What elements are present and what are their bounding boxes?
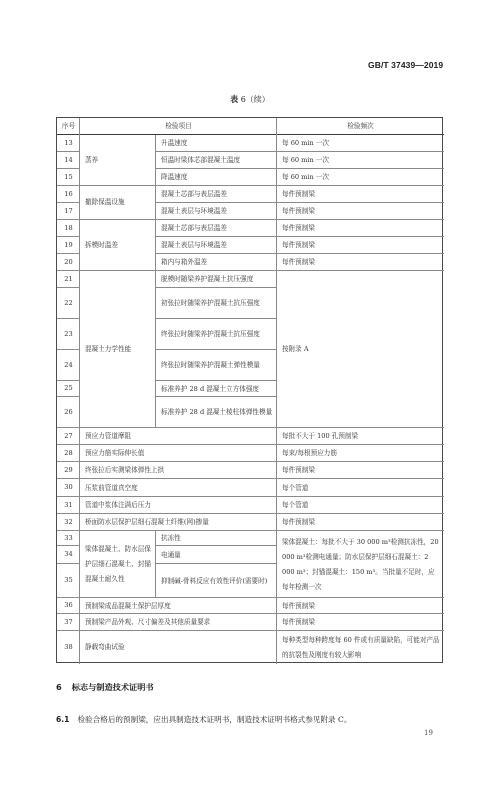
row-number: 32 bbox=[57, 514, 80, 531]
row-item-text: 抑制碱-骨料反应有效性评价(需要时) bbox=[161, 574, 267, 589]
row-item-text: 抗冻性 bbox=[161, 531, 181, 546]
row-divider bbox=[57, 270, 444, 271]
row-number-text: 26 bbox=[64, 405, 72, 421]
row-item: 混凝土表层与环境温差 bbox=[156, 203, 277, 220]
row-number: 13 bbox=[57, 135, 80, 152]
row-item: 管道中浆体注满后压力 bbox=[80, 497, 277, 514]
column-divider bbox=[155, 186, 156, 220]
row-divider bbox=[156, 396, 277, 397]
row-divider bbox=[156, 236, 444, 237]
row-frequency: 每个管道 bbox=[277, 479, 444, 497]
row-item-text: 标准养护 28 d 混凝土棱柱体弹性模量 bbox=[161, 405, 272, 420]
row-number-text: 31 bbox=[64, 498, 72, 514]
row-number-text: 38 bbox=[64, 640, 72, 656]
header-item-text: 检验项目 bbox=[165, 119, 191, 135]
section-number: 6 bbox=[56, 682, 62, 692]
standard-code: GB/T 37439—2019 bbox=[368, 60, 443, 70]
row-frequency-text: 每种类型每种跨度每 60 件或有质量缺陷，可能对产品的抗裂性及刚度有较大影响 bbox=[282, 633, 444, 663]
row-number: 38 bbox=[57, 631, 80, 664]
row-divider bbox=[57, 630, 444, 631]
row-item: 电通量 bbox=[156, 546, 277, 564]
row-frequency: 每 60 min 一次 bbox=[277, 169, 444, 186]
row-divider bbox=[57, 168, 80, 169]
row-item: 混凝土芯部与表层温差 bbox=[156, 220, 277, 237]
row-frequency: 每件预制梁 bbox=[277, 462, 444, 479]
row-number: 26 bbox=[57, 397, 80, 428]
row-item: 降温速度 bbox=[156, 169, 277, 186]
row-frequency-text: 每 60 min 一次 bbox=[282, 136, 329, 151]
row-number-text: 21 bbox=[64, 272, 72, 288]
row-item-text: 箱内与箱外温差 bbox=[161, 255, 207, 270]
row-frequency: 每种类型每种跨度每 60 件或有质量缺陷，可能对产品的抗裂性及刚度有较大影响 bbox=[277, 631, 444, 664]
header-freq: 检验频次 bbox=[277, 118, 444, 135]
row-number-text: 28 bbox=[64, 446, 72, 462]
row-frequency-text: 每 60 min 一次 bbox=[282, 153, 329, 168]
row-number: 37 bbox=[57, 614, 80, 631]
row-number: 22 bbox=[57, 288, 80, 319]
row-item: 标准养护 28 d 混凝土立方体强度 bbox=[156, 381, 277, 397]
row-frequency-text: 每件预制梁 bbox=[282, 515, 315, 530]
row-divider bbox=[57, 530, 444, 531]
row-frequency-text: 每 60 min 一次 bbox=[282, 170, 329, 185]
row-item-text: 终张拉后实测梁体弹性上拱 bbox=[85, 463, 164, 478]
header-no: 序号 bbox=[57, 118, 80, 135]
row-divider bbox=[156, 287, 277, 288]
row-item-text: 预应力筋实际伸长值 bbox=[85, 446, 144, 461]
row-number-text: 20 bbox=[64, 255, 72, 271]
row-divider bbox=[57, 478, 444, 479]
row-divider bbox=[57, 185, 444, 186]
row-number-text: 19 bbox=[64, 238, 72, 254]
row-number: 25 bbox=[57, 381, 80, 397]
row-number: 16 bbox=[57, 186, 80, 203]
row-item-text: 混凝土芯部与表层温差 bbox=[161, 187, 227, 202]
column-divider bbox=[155, 271, 156, 428]
row-frequency: 每件预制梁 bbox=[277, 186, 444, 203]
row-item: 预制梁成品混凝土保护层厚度 bbox=[80, 598, 277, 614]
row-number-text: 22 bbox=[64, 296, 72, 312]
row-frequency-text: 每件预制梁 bbox=[282, 463, 315, 478]
row-frequency-text: 每件预制梁 bbox=[282, 187, 315, 202]
page-number: 19 bbox=[424, 729, 433, 737]
header-item: 检验项目 bbox=[80, 118, 277, 135]
row-item-text: 标准养护 28 d 混凝土立方体强度 bbox=[161, 382, 259, 397]
group-durability-text: 梁体混凝土、防水层保护层细石混凝土、封锚混凝土耐久性 bbox=[85, 542, 152, 587]
row-divider bbox=[57, 380, 80, 381]
row-number: 20 bbox=[57, 254, 80, 271]
row-item-text: 终张拉时随梁养护混凝土弹性模量 bbox=[161, 358, 260, 373]
row-number-text: 13 bbox=[64, 136, 72, 152]
group-steam-curing: 蒸养 bbox=[80, 135, 156, 186]
row-number-text: 33 bbox=[64, 531, 72, 546]
row-frequency: 每件预制梁 bbox=[277, 203, 444, 220]
row-frequency: 每件预制梁 bbox=[277, 598, 444, 614]
row-item: 终张拉后实测梁体弹性上拱 bbox=[80, 462, 277, 479]
row-item-text: 恒温时梁体芯部混凝土温度 bbox=[161, 153, 240, 168]
row-number-text: 32 bbox=[64, 515, 72, 531]
row-item: 终张拉时随梁养护混凝土抗压强度 bbox=[156, 319, 277, 350]
inspection-table: 序号检验项目检验频次13升温速度每 60 min 一次14恒温时梁体芯部混凝土温… bbox=[56, 117, 443, 663]
column-divider bbox=[155, 135, 156, 186]
row-number-text: 36 bbox=[64, 598, 72, 614]
row-number-text: 29 bbox=[64, 463, 72, 479]
row-item-text: 混凝土表层与环境温差 bbox=[161, 238, 227, 253]
row-frequency: 每件预制梁 bbox=[277, 254, 444, 271]
row-number: 27 bbox=[57, 428, 80, 445]
row-item-text: 初张拉时随梁养护混凝土抗压强度 bbox=[161, 296, 260, 311]
row-item-text: 静载弯曲试验 bbox=[85, 640, 125, 655]
row-frequency: 每批不大于 100 孔预制梁 bbox=[277, 428, 444, 445]
row-number: 31 bbox=[57, 497, 80, 514]
row-number-text: 37 bbox=[64, 615, 72, 631]
row-item: 预制梁产品外观、尺寸偏差及其他质量要求 bbox=[80, 614, 277, 631]
row-number: 28 bbox=[57, 445, 80, 462]
row-number-text: 16 bbox=[64, 187, 72, 203]
row-item: 抗冻性 bbox=[156, 531, 277, 546]
row-item: 预应力管道摩阻 bbox=[80, 428, 277, 445]
row-item: 箱内与箱外温差 bbox=[156, 254, 277, 271]
group-demold-temp-diff: 拆模时温差 bbox=[80, 220, 156, 271]
row-divider bbox=[57, 427, 444, 428]
row-divider bbox=[156, 380, 277, 381]
row-item-text: 预制梁产品外观、尺寸偏差及其他质量要求 bbox=[85, 615, 210, 630]
section-title: 标志与制造技术证明书 bbox=[72, 682, 154, 692]
header-freq-text: 检验频次 bbox=[347, 119, 373, 135]
row-item: 压浆前管道真空度 bbox=[80, 479, 277, 497]
table-title: 表 6（续） bbox=[0, 94, 500, 105]
row-item: 桥面防水层保护层细石混凝土纤维(网)掺量 bbox=[80, 514, 277, 531]
group-remove-insulation-text: 撤除保温设施 bbox=[85, 195, 125, 211]
row-divider bbox=[57, 513, 444, 514]
row-number: 30 bbox=[57, 479, 80, 497]
row-item: 混凝土芯部与表层温差 bbox=[156, 186, 277, 203]
row-number-text: 14 bbox=[64, 153, 72, 169]
group-steam-curing-text: 蒸养 bbox=[85, 153, 98, 169]
row-frequency-text: 每件预制梁 bbox=[282, 221, 315, 236]
row-number: 29 bbox=[57, 462, 80, 479]
row-divider bbox=[57, 461, 444, 462]
row-frequency-text: 每个管道 bbox=[282, 481, 308, 496]
row-number: 23 bbox=[57, 319, 80, 350]
clause-number: 6.1 bbox=[56, 715, 69, 724]
row-divider bbox=[57, 496, 444, 497]
row-number: 36 bbox=[57, 598, 80, 614]
group-concrete-mechanics: 混凝土力学性能 bbox=[80, 271, 156, 428]
row-number-text: 15 bbox=[64, 170, 72, 186]
row-item-text: 混凝土表层与环境温差 bbox=[161, 204, 227, 219]
freq-durability-text: 梁体混凝土：每批不大于 30 000 m³检测抗冻性，20 000 m³检测电通… bbox=[282, 535, 440, 595]
row-item-text: 混凝土芯部与表层温差 bbox=[161, 221, 227, 236]
row-item: 升温速度 bbox=[156, 135, 277, 152]
row-item: 混凝土表层与环境温差 bbox=[156, 237, 277, 254]
row-frequency-text: 每个管道 bbox=[282, 498, 308, 513]
row-divider bbox=[57, 151, 80, 152]
freq-appendix-a-text: 按附录 A bbox=[282, 342, 309, 358]
row-divider bbox=[156, 253, 444, 254]
row-item-text: 电通量 bbox=[161, 548, 181, 563]
table-title-prefix: 表 bbox=[230, 95, 238, 104]
row-frequency: 每件预制梁 bbox=[277, 514, 444, 531]
row-frequency: 每 60 min 一次 bbox=[277, 152, 444, 169]
row-divider bbox=[57, 253, 80, 254]
row-item: 静载弯曲试验 bbox=[80, 631, 277, 664]
row-divider bbox=[57, 287, 80, 288]
row-frequency-text: 每件预制梁 bbox=[282, 204, 315, 219]
row-number-text: 35 bbox=[64, 573, 72, 589]
freq-durability: 梁体混凝土：每批不大于 30 000 m³检测抗冻性，20 000 m³检测电通… bbox=[277, 531, 444, 598]
row-item: 恒温时梁体芯部混凝土温度 bbox=[156, 152, 277, 169]
row-item-text: 降温速度 bbox=[161, 170, 187, 185]
row-frequency-text: 每批不大于 100 孔预制梁 bbox=[282, 429, 358, 444]
row-item-text: 脱模时随梁养护混凝土抗压强度 bbox=[161, 272, 253, 287]
row-divider bbox=[57, 545, 80, 546]
header-no-text: 序号 bbox=[62, 119, 75, 135]
row-number-text: 18 bbox=[64, 221, 72, 237]
row-item: 初张拉时随梁养护混凝土抗压强度 bbox=[156, 288, 277, 319]
row-item: 终张拉时随梁养护混凝土弹性模量 bbox=[156, 350, 277, 381]
row-divider bbox=[57, 613, 444, 614]
row-divider bbox=[57, 396, 80, 397]
row-frequency-text: 每件预制梁 bbox=[282, 615, 315, 630]
row-number: 15 bbox=[57, 169, 80, 186]
row-divider bbox=[156, 318, 277, 319]
clause-text: 检验合格后的预制梁，应出具制造技术证明书，制造技术证明书格式参见附录 C。 bbox=[77, 715, 351, 724]
row-number-text: 23 bbox=[64, 327, 72, 343]
column-divider bbox=[155, 220, 156, 271]
table-title-rest: 6（续） bbox=[238, 95, 270, 104]
row-frequency-text: 每件预制梁 bbox=[282, 255, 315, 270]
row-item: 预应力筋实际伸长值 bbox=[80, 445, 277, 462]
row-frequency: 每件预制梁 bbox=[277, 237, 444, 254]
group-demold-temp-diff-text: 拆模时温差 bbox=[85, 238, 118, 254]
row-item-text: 升温速度 bbox=[161, 136, 187, 151]
row-divider bbox=[57, 597, 444, 598]
row-divider bbox=[57, 202, 80, 203]
row-number-text: 34 bbox=[64, 547, 72, 563]
row-item-text: 终张拉时随梁养护混凝土抗压强度 bbox=[161, 327, 260, 342]
row-item-text: 桥面防水层保护层细石混凝土纤维(网)掺量 bbox=[85, 515, 209, 530]
section-heading: 6标志与制造技术证明书 bbox=[56, 682, 154, 693]
row-number-text: 27 bbox=[64, 429, 72, 445]
row-divider bbox=[156, 202, 444, 203]
row-number: 33 bbox=[57, 531, 80, 546]
row-divider bbox=[57, 236, 80, 237]
row-number: 21 bbox=[57, 271, 80, 288]
row-number-text: 25 bbox=[64, 381, 72, 397]
row-divider bbox=[156, 545, 277, 546]
row-divider bbox=[156, 563, 277, 564]
row-item-text: 管道中浆体注满后压力 bbox=[85, 498, 151, 513]
freq-appendix-a: 按附录 A bbox=[277, 271, 444, 428]
row-divider bbox=[156, 349, 277, 350]
row-divider bbox=[57, 219, 444, 220]
row-frequency: 每件预制梁 bbox=[277, 614, 444, 631]
row-number-text: 30 bbox=[64, 480, 72, 496]
row-item: 标准养护 28 d 混凝土棱柱体弹性模量 bbox=[156, 397, 277, 428]
row-number: 19 bbox=[57, 237, 80, 254]
row-divider bbox=[57, 563, 80, 564]
row-divider bbox=[156, 151, 444, 152]
group-concrete-mechanics-text: 混凝土力学性能 bbox=[85, 342, 131, 358]
row-item-text: 预制梁成品混凝土保护层厚度 bbox=[85, 599, 171, 614]
group-remove-insulation: 撤除保温设施 bbox=[80, 186, 156, 220]
row-frequency: 每个管道 bbox=[277, 497, 444, 514]
row-item-text: 压浆前管道真空度 bbox=[85, 481, 138, 496]
row-divider bbox=[156, 168, 444, 169]
row-item: 脱模时随梁养护混凝土抗压强度 bbox=[156, 271, 277, 288]
row-number: 14 bbox=[57, 152, 80, 169]
row-frequency: 每件预制梁 bbox=[277, 220, 444, 237]
row-number: 17 bbox=[57, 203, 80, 220]
row-item: 抑制碱-骨料反应有效性评价(需要时) bbox=[156, 564, 277, 598]
row-frequency-text: 每件预制梁 bbox=[282, 599, 315, 614]
row-number: 24 bbox=[57, 350, 80, 381]
row-number-text: 17 bbox=[64, 204, 72, 220]
row-item-text: 预应力管道摩阻 bbox=[85, 429, 131, 444]
row-number: 34 bbox=[57, 546, 80, 564]
row-divider bbox=[57, 444, 444, 445]
row-divider bbox=[57, 349, 80, 350]
row-number: 18 bbox=[57, 220, 80, 237]
column-divider bbox=[155, 531, 156, 598]
row-number-text: 24 bbox=[64, 358, 72, 374]
row-divider bbox=[57, 318, 80, 319]
row-frequency-text: 每束/每根预应力筋 bbox=[282, 446, 337, 461]
row-frequency-text: 每件预制梁 bbox=[282, 238, 315, 253]
group-durability: 梁体混凝土、防水层保护层细石混凝土、封锚混凝土耐久性 bbox=[80, 531, 156, 598]
clause-paragraph: 6.1检验合格后的预制梁，应出具制造技术证明书，制造技术证明书格式参见附录 C。 bbox=[56, 714, 351, 725]
row-number: 35 bbox=[57, 564, 80, 598]
row-frequency: 每 60 min 一次 bbox=[277, 135, 444, 152]
row-frequency: 每束/每根预应力筋 bbox=[277, 445, 444, 462]
